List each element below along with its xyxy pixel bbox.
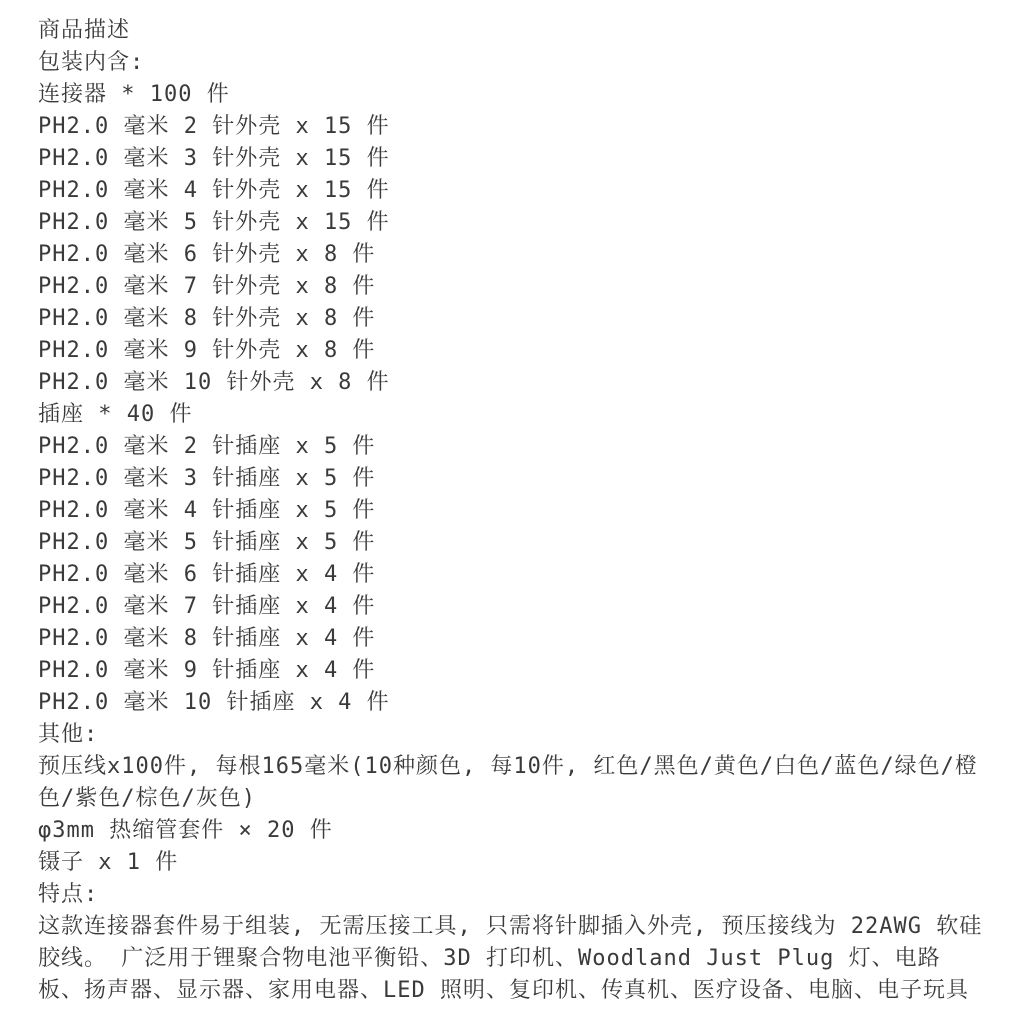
socket-item: PH2.0 毫米 3 针插座 x 5 件 xyxy=(38,463,986,495)
product-description-page: 商品描述 包装内含: 连接器 * 100 件 PH2.0 毫米 2 针外壳 x … xyxy=(0,0,1024,1024)
package-contents-heading: 包装内含: xyxy=(38,47,986,79)
socket-item: PH2.0 毫米 6 针插座 x 4 件 xyxy=(38,559,986,591)
connector-item: PH2.0 毫米 10 针外壳 x 8 件 xyxy=(38,367,986,399)
page-title: 商品描述 xyxy=(38,15,986,47)
socket-item: PH2.0 毫米 10 针插座 x 4 件 xyxy=(38,687,986,719)
socket-item: PH2.0 毫米 4 针插座 x 5 件 xyxy=(38,495,986,527)
connector-item: PH2.0 毫米 3 针外壳 x 15 件 xyxy=(38,143,986,175)
socket-item: PH2.0 毫米 2 针插座 x 5 件 xyxy=(38,431,986,463)
connector-item: PH2.0 毫米 7 针外壳 x 8 件 xyxy=(38,271,986,303)
connectors-total: 连接器 * 100 件 xyxy=(38,79,986,111)
connector-item: PH2.0 毫米 6 针外壳 x 8 件 xyxy=(38,239,986,271)
prepressed-wire-item: 预压线x100件, 每根165毫米(10种颜色, 每10件, 红色/黑色/黄色/… xyxy=(38,751,986,815)
connector-item: PH2.0 毫米 5 针外壳 x 15 件 xyxy=(38,207,986,239)
features-heading: 特点: xyxy=(38,879,986,911)
connector-item: PH2.0 毫米 2 针外壳 x 15 件 xyxy=(38,111,986,143)
features-text: 这款连接器套件易于组装, 无需压接工具, 只需将针脚插入外壳, 预压接线为 22… xyxy=(38,911,986,1007)
sockets-total: 插座 * 40 件 xyxy=(38,399,986,431)
connector-item: PH2.0 毫米 4 针外壳 x 15 件 xyxy=(38,175,986,207)
connector-item: PH2.0 毫米 9 针外壳 x 8 件 xyxy=(38,335,986,367)
connector-item: PH2.0 毫米 8 针外壳 x 8 件 xyxy=(38,303,986,335)
socket-item: PH2.0 毫米 5 针插座 x 5 件 xyxy=(38,527,986,559)
tweezers-item: 镊子 x 1 件 xyxy=(38,847,986,879)
socket-item: PH2.0 毫米 8 针插座 x 4 件 xyxy=(38,623,986,655)
socket-item: PH2.0 毫米 7 针插座 x 4 件 xyxy=(38,591,986,623)
others-heading: 其他: xyxy=(38,719,986,751)
heatshrink-tube-item: φ3mm 热缩管套件 × 20 件 xyxy=(38,815,986,847)
socket-item: PH2.0 毫米 9 针插座 x 4 件 xyxy=(38,655,986,687)
